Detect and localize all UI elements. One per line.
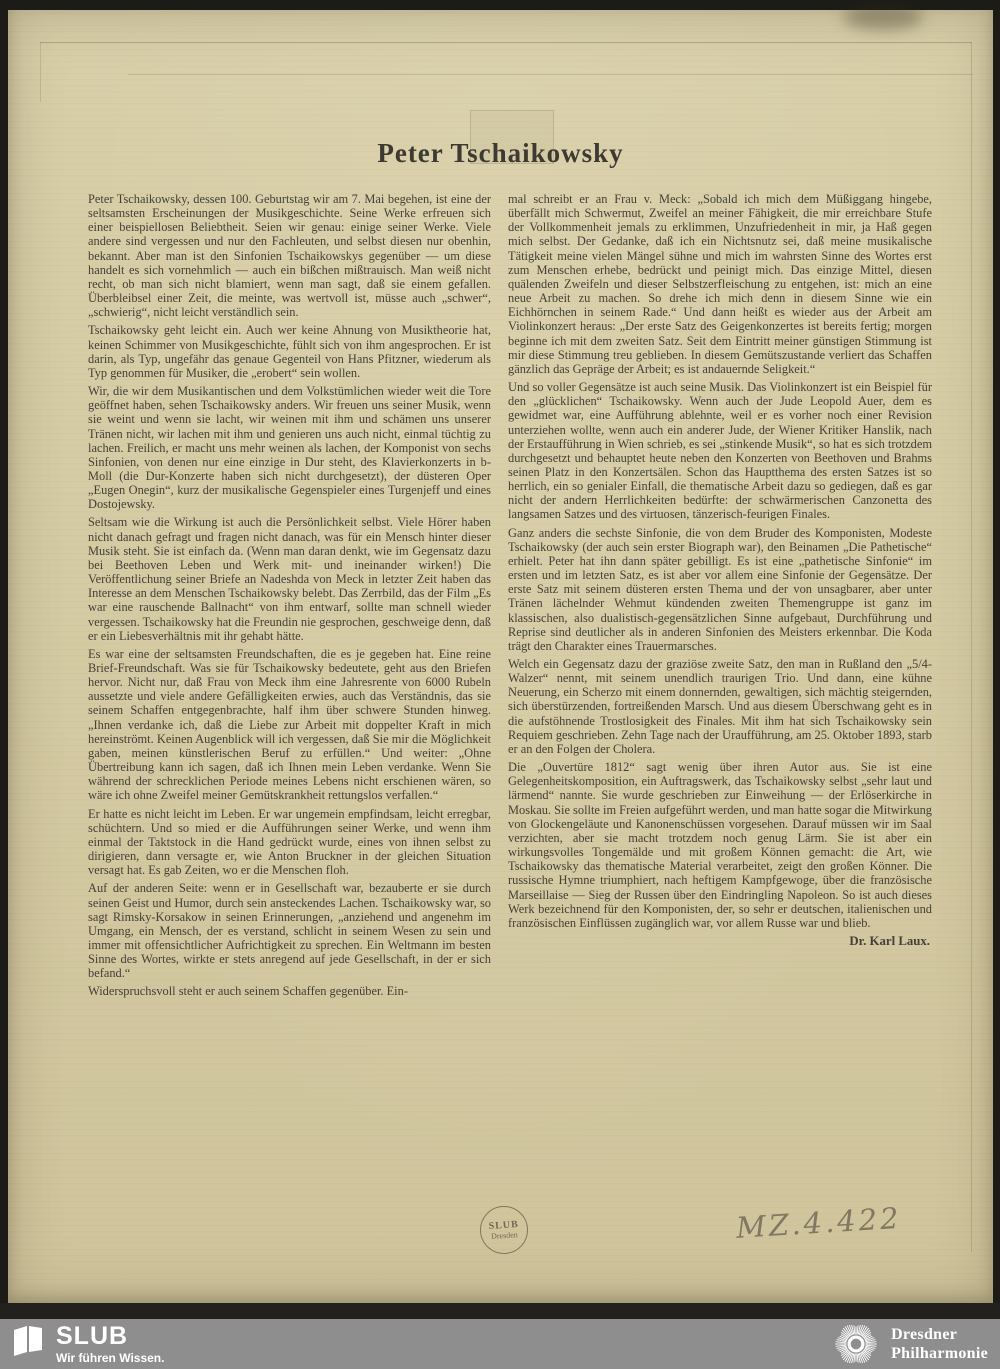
paragraph: Er hatte es nicht leicht im Leben. Er wa… bbox=[88, 807, 491, 878]
paper-crease bbox=[128, 74, 973, 75]
library-stamp: SLUB Dresden bbox=[478, 1204, 529, 1255]
paragraph: Seltsam wie die Wirkung ist auch die Per… bbox=[88, 515, 491, 642]
paragraph: Auf der anderen Seite: wenn er in Gesell… bbox=[88, 881, 491, 980]
paragraph: Tschaikowsky geht leicht ein. Auch wer k… bbox=[88, 323, 491, 380]
paragraph: Und so voller Gegensätze ist auch seine … bbox=[508, 380, 932, 522]
philharmonie-line2: Philharmonie bbox=[891, 1344, 988, 1363]
slub-tagline: Wir führen Wissen. bbox=[56, 1351, 164, 1365]
philharmonie-starburst-icon bbox=[833, 1321, 879, 1367]
philharmonie-logo-block: Dresdner Philharmonie bbox=[833, 1319, 988, 1369]
text-columns: Peter Tschaikowsky, dessen 100. Geburtst… bbox=[88, 192, 932, 1003]
paper-crease bbox=[971, 42, 972, 1252]
stamp-line2: Dresden bbox=[491, 1230, 518, 1241]
paper-crease bbox=[40, 42, 41, 102]
scanned-page: Peter Tschaikowsky Peter Tschaikowsky, d… bbox=[8, 10, 993, 1304]
philharmonie-wordmark: Dresdner Philharmonie bbox=[891, 1325, 988, 1363]
paragraph: mal schreibt er an Frau v. Meck: „Sobald… bbox=[508, 192, 932, 376]
paragraph: Peter Tschaikowsky, dessen 100. Geburtst… bbox=[88, 192, 491, 319]
philharmonie-line1: Dresdner bbox=[891, 1325, 988, 1344]
paragraph: Welch ein Gegensatz dazu der graziöse zw… bbox=[508, 657, 932, 756]
paragraph: Die „Ouvertüre 1812“ sagt wenig über ihr… bbox=[508, 760, 932, 930]
paragraph: Ganz anders die sechste Sinfonie, die vo… bbox=[508, 526, 932, 653]
page-title: Peter Tschaikowsky bbox=[8, 138, 993, 169]
author-signature: Dr. Karl Laux. bbox=[508, 934, 932, 948]
paper-crease bbox=[40, 42, 972, 43]
scan-shadow-smudge bbox=[843, 4, 923, 30]
slub-book-icon bbox=[14, 1326, 42, 1356]
paragraph: Widerspruchsvoll steht er auch seinem Sc… bbox=[88, 984, 491, 998]
footer-bar: SLUB Wir führen Wissen. Dresdner Philhar… bbox=[0, 1319, 1000, 1369]
right-column: mal schreibt er an Frau v. Meck: „Sobald… bbox=[508, 192, 932, 1003]
slub-wordmark: SLUB bbox=[56, 1324, 164, 1349]
paragraph: Wir, die wir dem Musikantischen und dem … bbox=[88, 384, 491, 511]
handwritten-shelfmark: MZ.4.422 bbox=[735, 1201, 897, 1245]
left-column: Peter Tschaikowsky, dessen 100. Geburtst… bbox=[88, 192, 491, 1003]
page-edge-shadow bbox=[0, 1303, 1000, 1319]
slub-logo-block: SLUB Wir führen Wissen. bbox=[14, 1324, 164, 1365]
paragraph: Es war eine der seltsamsten Freundschaft… bbox=[88, 647, 491, 803]
